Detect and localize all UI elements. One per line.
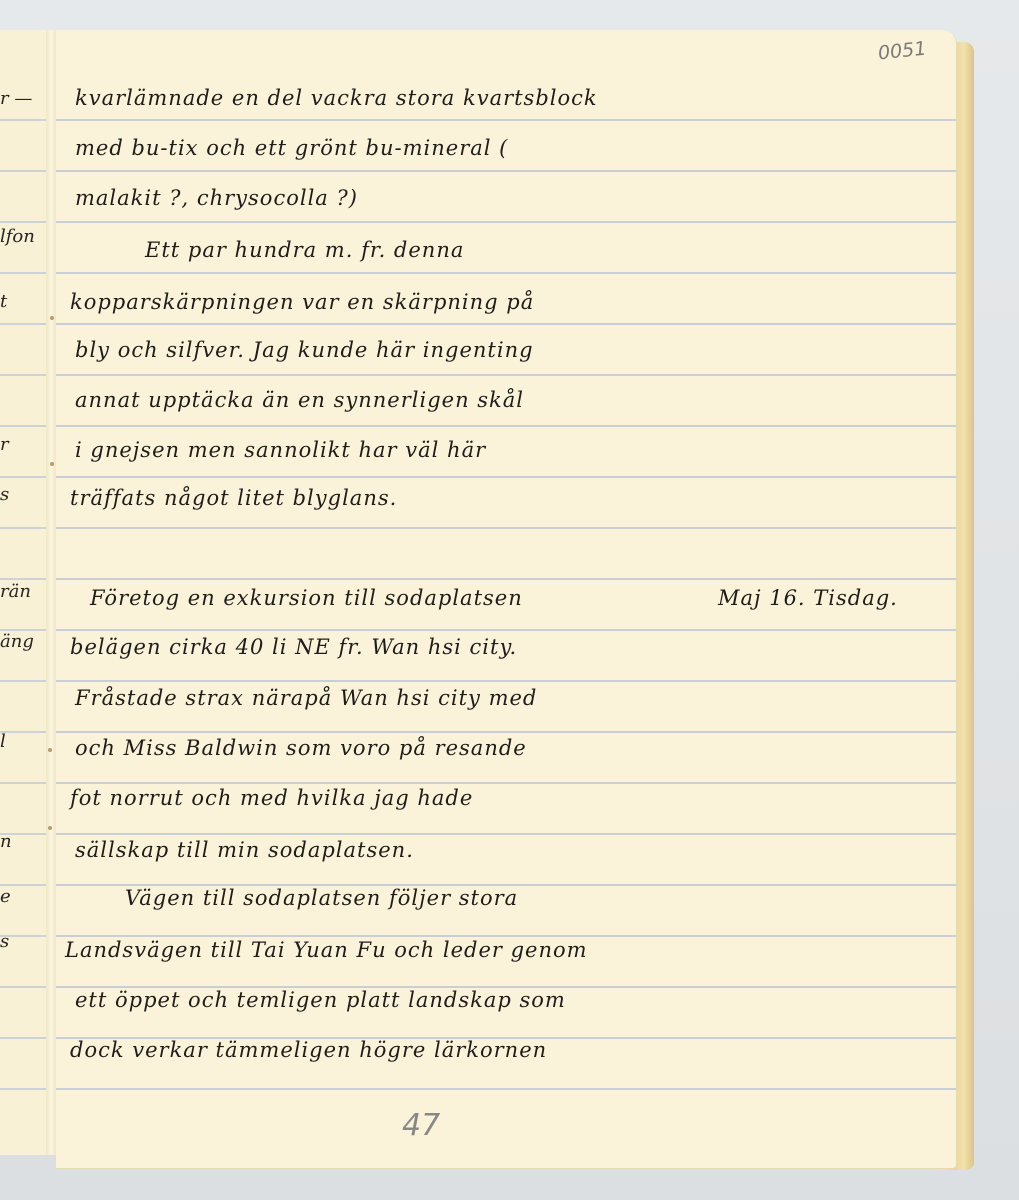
handwritten-line: Landsvägen till Tai Yuan Fu och leder ge… (65, 938, 588, 962)
handwritten-line: annat upptäcka än en synnerligen skål (75, 388, 524, 412)
handwritten-line: fot norrut och med hvilka jag hade (70, 786, 473, 810)
left-page-fragment: s (0, 484, 9, 505)
handwritten-line: bly och silfver. Jag kunde här ingenting (75, 338, 534, 362)
left-page-fragment: t (0, 291, 7, 312)
left-page-fragment: äng (0, 631, 34, 652)
handwritten-line: Vägen till sodaplatsen följer stora (125, 886, 518, 910)
handwritten-line: med bu-tix och ett grönt bu-mineral ( (75, 136, 508, 160)
handwritten-line: Fråstade strax närapå Wan hsi city med (75, 686, 537, 710)
handwritten-line: malakit ?, chrysocolla ?) (75, 186, 358, 210)
page-number: 47 (402, 1108, 440, 1143)
left-page-fragment: e (0, 886, 11, 907)
left-page-fragment: s (0, 931, 9, 952)
handwritten-line: ett öppet och temligen platt landskap so… (75, 988, 566, 1012)
date-margin-note: Maj 16. Tisdag. (718, 586, 898, 610)
binding-hole (48, 826, 52, 830)
handwritten-line: kopparskärpningen var en skärpning på (70, 290, 534, 314)
handwritten-line: Ett par hundra m. fr. denna (145, 238, 464, 262)
left-page-fragment: r — (0, 88, 32, 109)
handwritten-line: dock verkar tämmeligen högre lärkornen (70, 1038, 547, 1062)
left-page-fragment: lfon (0, 226, 35, 247)
handwritten-line: träffats något litet blyglans. (70, 486, 397, 510)
left-page-edge: r —lfontrsränänglnes (0, 30, 52, 1155)
left-page-fragment: r (0, 434, 9, 455)
binding-gutter (46, 30, 56, 1155)
left-page-fragment: rän (0, 581, 31, 602)
handwritten-line: och Miss Baldwin som voro på resande (75, 736, 527, 760)
binding-hole (48, 748, 52, 752)
handwritten-line: kvarlämnade en del vackra stora kvartsbl… (75, 86, 598, 110)
handwritten-line: belägen cirka 40 li NE fr. Wan hsi city. (70, 635, 517, 659)
left-page-fragment: l (0, 731, 6, 752)
handwritten-line: Företog en exkursion till sodaplatsen (90, 586, 523, 610)
handwritten-line: i gnejsen men sannolikt har väl här (75, 438, 486, 462)
left-page-fragment: n (0, 831, 12, 852)
binding-hole (50, 462, 54, 466)
binding-hole (50, 316, 54, 320)
handwritten-line: sällskap till min sodaplatsen. (75, 838, 414, 862)
